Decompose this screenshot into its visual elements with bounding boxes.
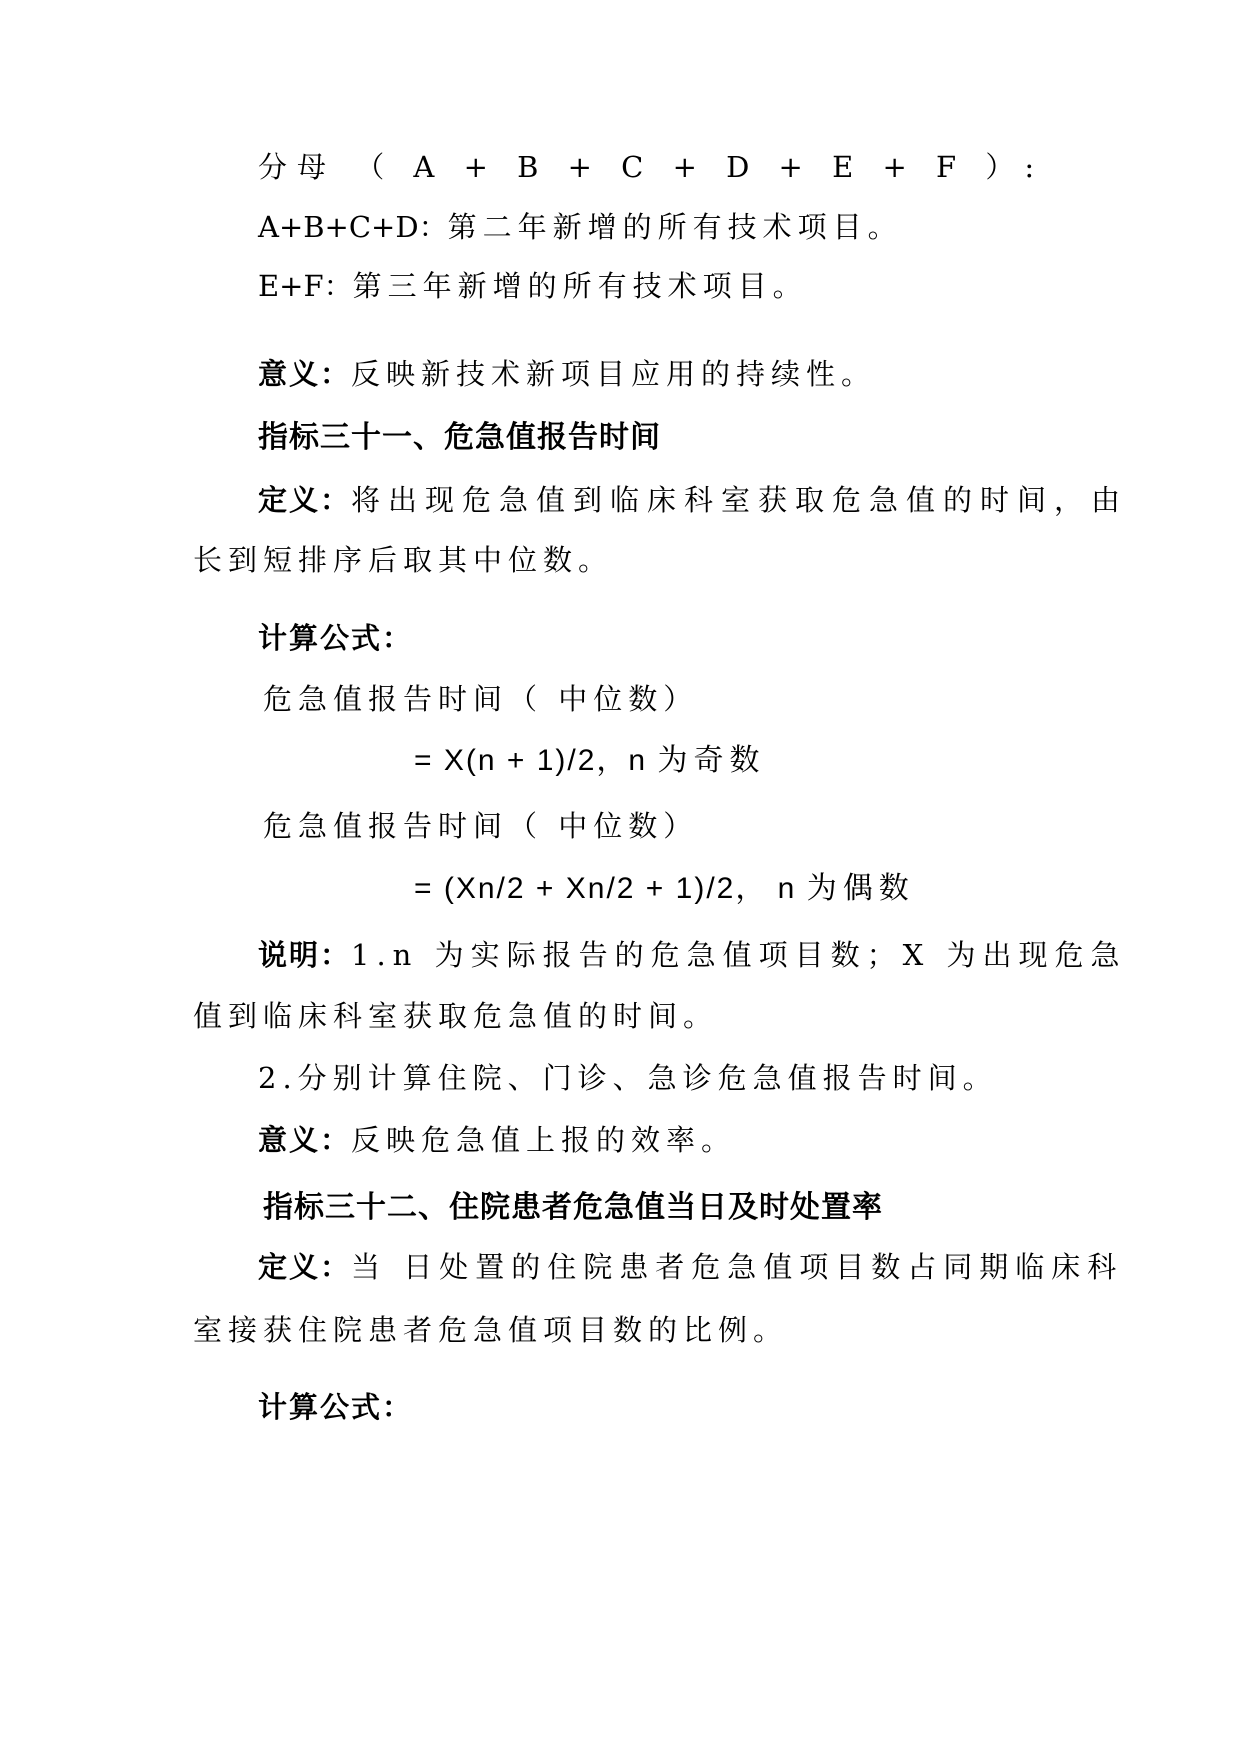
indicator-31-definition-line-1: 定义：将出现危急值到临床科室获取危急值的时间，由 xyxy=(258,480,1128,520)
definition-text: 当 日处置的住院患者危急值项目数占同期临床科 xyxy=(351,1250,1123,1284)
note-label: 说明： xyxy=(258,938,351,972)
indicator-31-note-line-2: 值到临床科室获取危急值的时间。 xyxy=(193,996,718,1036)
formula-even-rhs: = (Xn/2 + Xn/2 + 1)/2， n 为偶数 xyxy=(414,869,915,909)
formula-odd-expression: = X(n + 1)/2，n xyxy=(414,744,647,777)
meaning-label: 意义： xyxy=(258,1123,351,1157)
meaning-label: 意义： xyxy=(258,357,351,391)
definition-label: 定义： xyxy=(258,1250,351,1284)
indicator-32-heading: 指标三十二、住院患者危急值当日及时处置率 xyxy=(263,1188,883,1228)
indicator-31-note-line-3: 2.分别计算住院、门诊、急诊危急值报告时间。 xyxy=(258,1058,998,1098)
indicator-32-definition-line-1: 定义：当 日处置的住院患者危急值项目数占同期临床科 xyxy=(258,1247,1123,1287)
denominator-text: 分母 （ A + B + C + D + E + F ）: xyxy=(258,150,1044,184)
formula-odd-lhs: 危急值报告时间（ 中位数） xyxy=(263,679,698,719)
indicator-31-meaning-line: 意义：反映危急值上报的效率。 xyxy=(258,1120,736,1160)
formula-odd-condition: 为奇数 xyxy=(657,743,765,778)
indicator-32-definition-line-2: 室接获住院患者危急值项目数的比例。 xyxy=(193,1310,788,1350)
formula-even-lhs: 危急值报告时间（ 中位数） xyxy=(263,806,698,846)
formula-even-condition: 为偶数 xyxy=(807,871,915,906)
indicator-32-formula-label: 计算公式： xyxy=(258,1387,413,1427)
ef-text: 第三年新增的所有技术项目。 xyxy=(353,269,808,303)
indicator-31-note-line-1: 说明：1.n 为实际报告的危急值项目数；X 为出现危急 xyxy=(258,935,1126,975)
definition-label: 定义： xyxy=(258,483,351,517)
indicator-31-heading: 指标三十一、危急值报告时间 xyxy=(258,418,661,458)
abcd-text: 第二年新增的所有技术项目。 xyxy=(448,210,903,244)
denominator-line: 分母 （ A + B + C + D + E + F ）: xyxy=(258,147,1044,187)
formula-even-expression: = (Xn/2 + Xn/2 + 1)/2， n xyxy=(414,872,796,905)
document-page: 分母 （ A + B + C + D + E + F ）: A+B+C+D：第二… xyxy=(0,0,1240,1754)
meaning-text: 反映危急值上报的效率。 xyxy=(351,1123,736,1157)
formula-odd-rhs: = X(n + 1)/2，n 为奇数 xyxy=(414,741,765,781)
definition-text: 将出现危急值到临床科室获取危急值的时间，由 xyxy=(351,483,1128,517)
meaning-line-1: 意义：反映新技术新项目应用的持续性。 xyxy=(258,354,876,394)
indicator-31-formula-label: 计算公式： xyxy=(258,618,413,658)
note-text-1: 1.n 为实际报告的危急值项目数；X 为出现危急 xyxy=(351,938,1126,972)
abcd-label: A+B+C+D： xyxy=(258,210,448,244)
abcd-line: A+B+C+D：第二年新增的所有技术项目。 xyxy=(258,207,903,247)
ef-label: E+F： xyxy=(258,269,353,303)
indicator-31-definition-line-2: 长到短排序后取其中位数。 xyxy=(193,540,613,580)
ef-line: E+F：第三年新增的所有技术项目。 xyxy=(258,266,808,306)
meaning-text: 反映新技术新项目应用的持续性。 xyxy=(351,357,876,391)
